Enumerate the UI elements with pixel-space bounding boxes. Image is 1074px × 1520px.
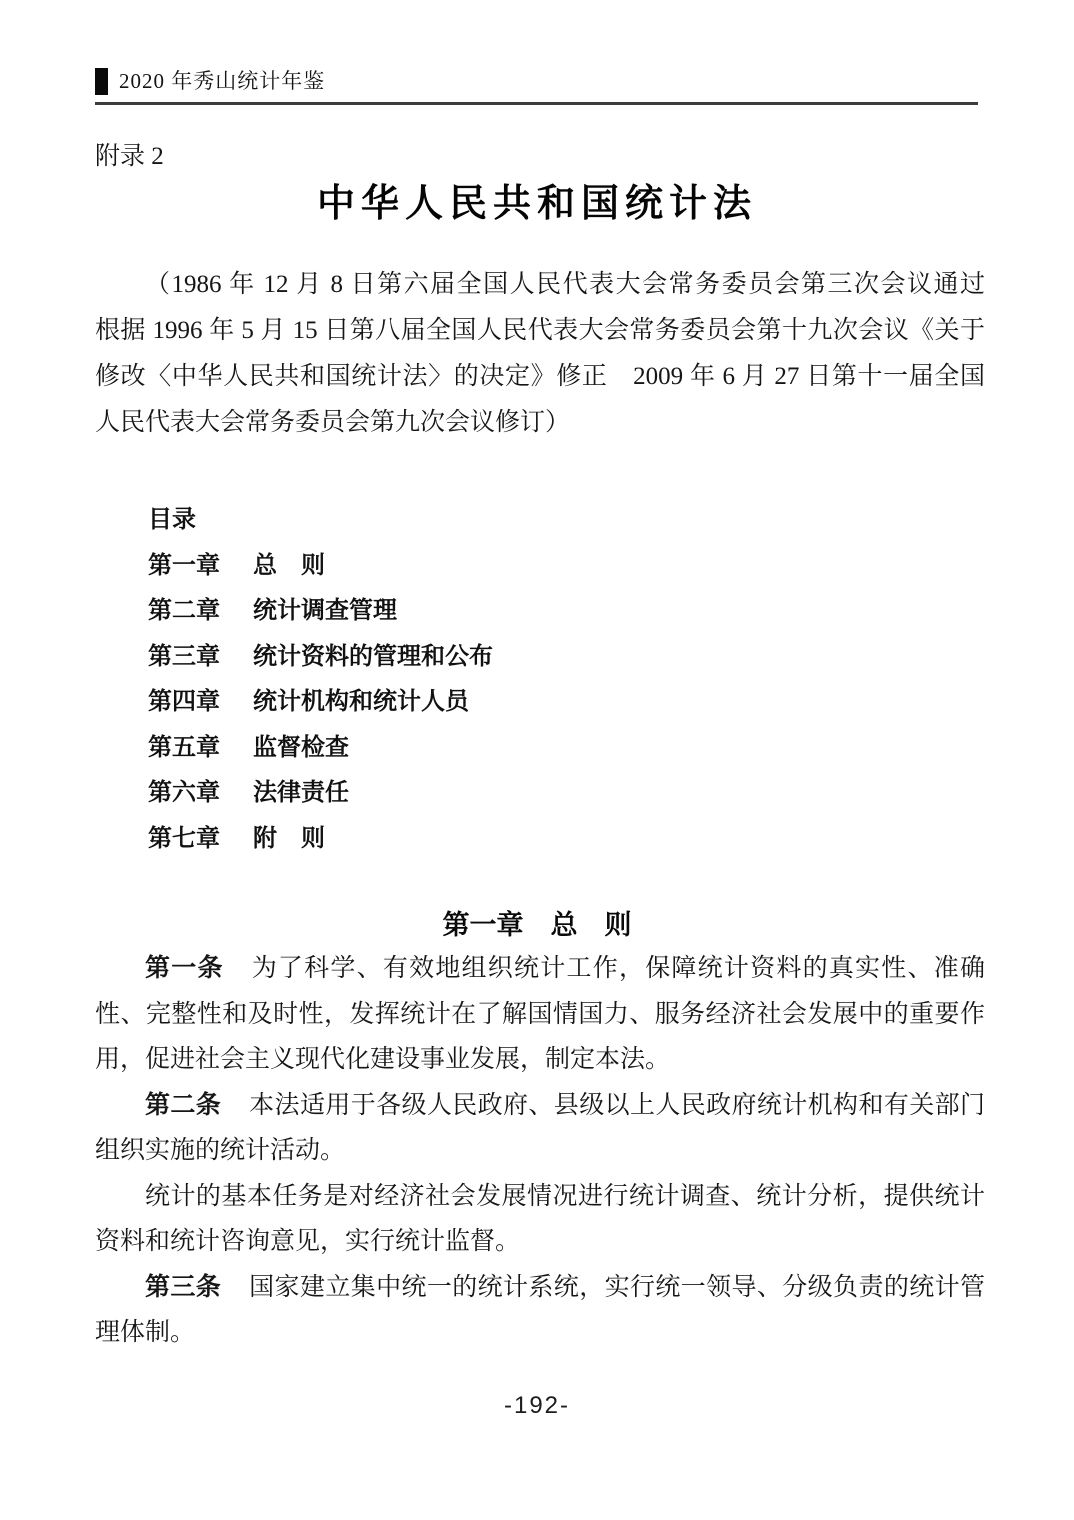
toc-chapter-number: 第五章 [148, 734, 220, 761]
toc-item-chapter-3: 第三章统计资料的管理和公布 [148, 634, 493, 680]
appendix-label: 附录 2 [95, 136, 164, 172]
toc-chapter-title: 附 则 [253, 825, 325, 852]
toc-item-chapter-7: 第七章附 则 [148, 816, 493, 862]
law-title: 中华人民共和国统计法 [0, 172, 1074, 227]
article-text: 为了科学、有效地组织统计工作，保障统计资料的真实性、准确性、完整性和及时性，发挥… [95, 955, 985, 1073]
toc-chapter-title: 总 则 [253, 552, 325, 579]
table-of-contents: 目录 第一章总 则 第二章统计调查管理 第三章统计资料的管理和公布 第四章统计机… [148, 497, 493, 861]
preamble-paragraph: （1986 年 12 月 8 日第六届全国人民代表大会常务委员会第三次会议通过 … [95, 262, 985, 446]
toc-item-chapter-5: 第五章监督检查 [148, 725, 493, 771]
article-3-paragraph: 第三条国家建立集中统一的统计系统，实行统一领导、分级负责的统计管理体制。 [95, 1265, 985, 1356]
article-2-continuation-paragraph: 统计的基本任务是对经济社会发展情况进行统计调查、统计分析，提供统计资料和统计咨询… [95, 1174, 985, 1265]
toc-chapter-title: 监督检查 [253, 734, 349, 761]
toc-item-chapter-6: 第六章法律责任 [148, 770, 493, 816]
toc-item-chapter-1: 第一章总 则 [148, 543, 493, 589]
toc-chapter-number: 第七章 [148, 825, 220, 852]
toc-chapter-number: 第二章 [148, 597, 220, 624]
article-text: 本法适用于各级人民政府、县级以上人民政府统计机构和有关部门组织实施的统计活动。 [95, 1092, 985, 1165]
toc-title: 目录 [148, 497, 493, 543]
article-number: 第一条 [145, 955, 224, 982]
toc-chapter-number: 第一章 [148, 552, 220, 579]
toc-chapter-number: 第三章 [148, 643, 220, 670]
toc-chapter-number: 第四章 [148, 688, 220, 715]
page-number: -192- [0, 1392, 1074, 1420]
toc-item-chapter-2: 第二章统计调查管理 [148, 588, 493, 634]
page-header: 2020 年秀山统计年鉴 [95, 68, 978, 105]
article-number: 第二条 [145, 1092, 221, 1119]
toc-chapter-title: 统计机构和统计人员 [253, 688, 469, 715]
law-body: 第一条为了科学、有效地组织统计工作，保障统计资料的真实性、准确性、完整性和及时性… [95, 946, 985, 1356]
article-text: 国家建立集中统一的统计系统，实行统一领导、分级负责的统计管理体制。 [95, 1274, 985, 1347]
toc-chapter-title: 法律责任 [253, 779, 349, 806]
toc-chapter-title: 统计调查管理 [253, 597, 397, 624]
article-number: 第三条 [145, 1274, 221, 1301]
header-block-icon [95, 68, 108, 95]
article-text: 统计的基本任务是对经济社会发展情况进行统计调查、统计分析，提供统计资料和统计咨询… [95, 1183, 985, 1256]
yearbook-title: 2020 年秀山统计年鉴 [119, 68, 325, 95]
document-page: 2020 年秀山统计年鉴 附录 2 中华人民共和国统计法 （1986 年 12 … [0, 0, 1074, 1520]
toc-chapter-title: 统计资料的管理和公布 [253, 643, 493, 670]
article-2-paragraph: 第二条本法适用于各级人民政府、县级以上人民政府统计机构和有关部门组织实施的统计活… [95, 1083, 985, 1174]
article-1-paragraph: 第一条为了科学、有效地组织统计工作，保障统计资料的真实性、准确性、完整性和及时性… [95, 946, 985, 1083]
chapter-1-heading: 第一章 总 则 [0, 903, 1074, 942]
toc-chapter-number: 第六章 [148, 779, 220, 806]
toc-item-chapter-4: 第四章统计机构和统计人员 [148, 679, 493, 725]
